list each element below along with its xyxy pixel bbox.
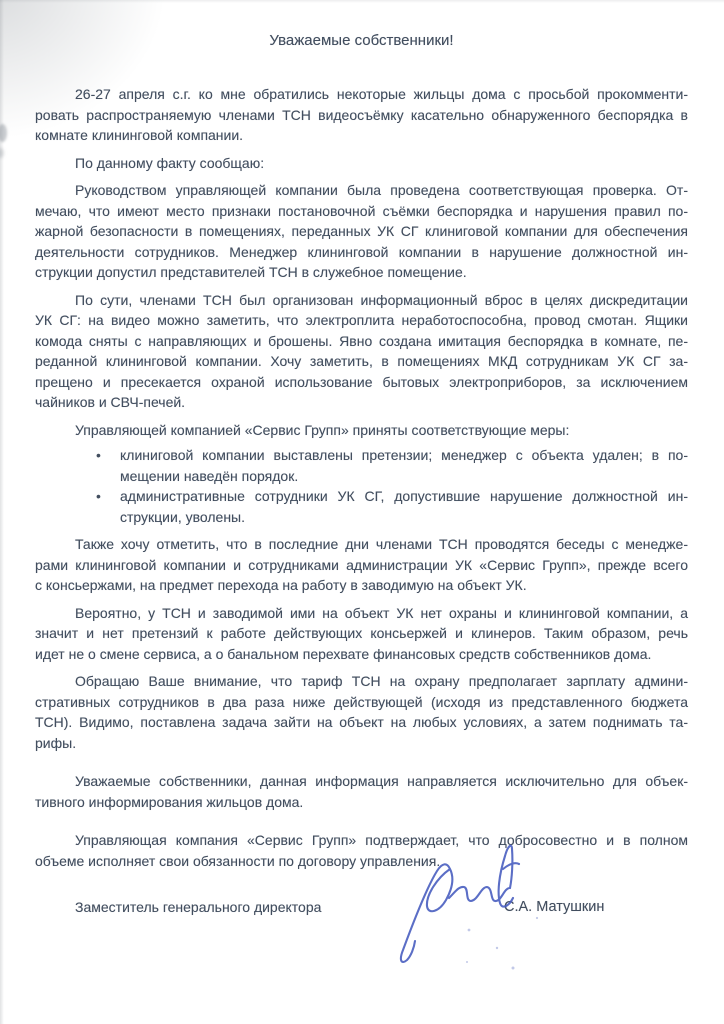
- paragraph: Вероятно, у ТСН и заводимой ими на объек…: [35, 603, 688, 665]
- bullet-icon: •: [96, 445, 101, 466]
- signatory-name: С.А. Матушкин: [504, 897, 604, 918]
- text-line: Обращаю Ваше внимание, что тариф ТСН на …: [35, 671, 688, 692]
- paragraph: По сути, членами ТСН был организован инф…: [35, 290, 688, 413]
- text-line: Уважаемые собственники, данная информаци…: [35, 771, 688, 792]
- text-line: мещении наведён порядок.: [120, 466, 688, 487]
- text-line: объеме исполняет свои обязанности по дог…: [35, 851, 688, 872]
- text-line: значит и нет претензий к работе действую…: [35, 623, 688, 644]
- text-line: 26-27 апреля с.г. ко мне обратились неко…: [35, 84, 688, 105]
- text-line: Управляющая компания «Сервис Групп» подт…: [35, 830, 688, 851]
- text-line: тивного информирования жильцов дома.: [35, 792, 688, 813]
- text-line: стративных сотрудников в два раза ниже д…: [35, 692, 688, 713]
- text-line: ТСН). Видимо, поставлена задача зайти на…: [35, 712, 688, 733]
- text-line: УК СГ: на видео можно заметить, что элек…: [35, 310, 688, 331]
- paragraph: Уважаемые собственники, данная информаци…: [35, 771, 688, 812]
- bullet-item: •административные сотрудники УК СГ, допу…: [35, 486, 688, 527]
- paragraph: По данному факту сообщаю:: [35, 153, 688, 174]
- text-line: По сути, членами ТСН был организован инф…: [35, 290, 688, 311]
- text-line: Также хочу отметить, что в последние дни…: [35, 534, 688, 555]
- text-line: чайников и СВЧ-печей.: [35, 392, 688, 413]
- text-line: По данному факту сообщаю:: [35, 153, 688, 174]
- text-line: административные сотрудники УК СГ, допус…: [120, 486, 688, 507]
- text-line: рифы.: [35, 733, 688, 754]
- scanned-letter-page: Уважаемые собственники! 26-27 апреля с.г…: [0, 0, 724, 1024]
- text-line: деятельности сотрудников. Менеджер клини…: [35, 242, 688, 263]
- text-line: идет не о смене сервиса, а о банальном п…: [35, 644, 688, 665]
- text-line: комнате клининговой компании.: [35, 125, 688, 146]
- paragraph: Обращаю Ваше внимание, что тариф ТСН на …: [35, 671, 688, 753]
- text-line: Управляющей компанией «Сервис Групп» при…: [35, 420, 688, 441]
- paragraph: Управляющей компанией «Сервис Групп» при…: [35, 420, 688, 441]
- text-line: Вероятно, у ТСН и заводимой ими на объек…: [35, 603, 688, 624]
- text-line: струкции, уволены.: [120, 507, 688, 528]
- paragraph: Управляющая компания «Сервис Групп» подт…: [35, 830, 688, 871]
- text-line: струкции допустил представителей ТСН в с…: [35, 262, 688, 283]
- bullet-icon: •: [96, 486, 101, 507]
- letter-content: Уважаемые собственники! 26-27 апреля с.г…: [0, 0, 724, 918]
- text-line: с консьержами, на предмет перехода на ра…: [35, 575, 688, 596]
- paragraph: 26-27 апреля с.г. ко мне обратились неко…: [35, 84, 688, 146]
- paragraph: Также хочу отметить, что в последние дни…: [35, 534, 688, 596]
- letter-body: 26-27 апреля с.г. ко мне обратились неко…: [35, 84, 688, 871]
- text-line: ровать распространяемую членами ТСН виде…: [35, 105, 688, 126]
- bullet-item: •клиниговой компании выставлены претензи…: [35, 445, 688, 486]
- text-line: прещено и пресекается охраной использова…: [35, 372, 688, 393]
- text-line: жарной безопасности в помещениях, переда…: [35, 221, 688, 242]
- text-line: мечаю, что имеют место признаки постанов…: [35, 201, 688, 222]
- text-line: клиниговой компании выставлены претензии…: [120, 445, 688, 466]
- signatory-position: Заместитель генерального директора: [75, 899, 321, 915]
- text-line: Руководством управляющей компании была п…: [35, 180, 688, 201]
- signature-block: Заместитель генерального директора С.А. …: [35, 897, 688, 918]
- paragraph: Руководством управляющей компании была п…: [35, 180, 688, 283]
- text-line: комода сняты с направляющих и брошены. Я…: [35, 331, 688, 352]
- text-line: рами клининговой компании и сотрудниками…: [35, 555, 688, 576]
- letter-title: Уважаемые собственники!: [35, 30, 688, 51]
- bullet-list: •клиниговой компании выставлены претензи…: [35, 445, 688, 527]
- text-line: реданной клининговой компании. Хочу заме…: [35, 351, 688, 372]
